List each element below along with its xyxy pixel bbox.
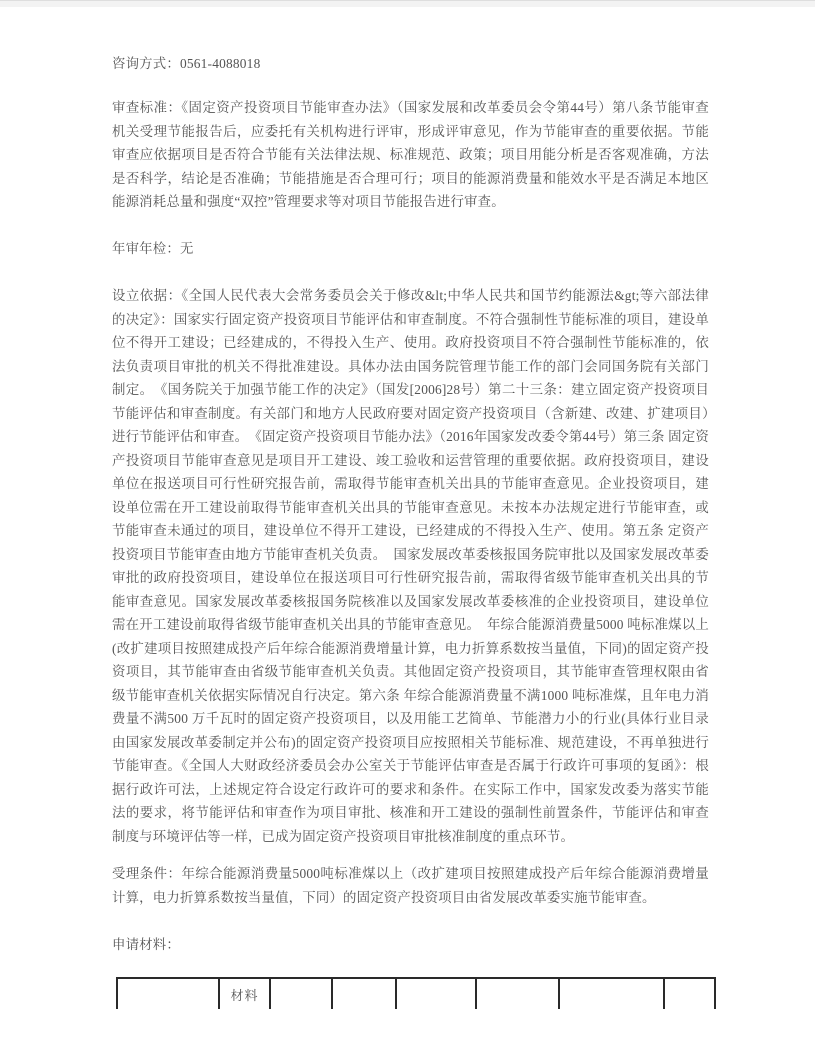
table-cell bbox=[271, 979, 333, 1009]
establishment-basis-label: 设立依据： bbox=[112, 288, 181, 303]
acceptance-conditions-text: 年综合能源消费量5000吨标准煤以上（改扩建项目按照建成投产后年综合能源消费增量… bbox=[112, 866, 709, 905]
review-standard-paragraph: 审查标准：《固定资产投资项目节能审查办法》（国家发展和改革委员会令第44号）第八… bbox=[112, 96, 709, 214]
page-top-edge bbox=[0, 0, 815, 7]
table-cell bbox=[477, 979, 560, 1009]
consultation-method-label: 咨询方式： bbox=[112, 56, 180, 71]
establishment-basis-paragraph: 设立依据：《全国人民代表大会常务委员会关于修改&lt;中华人民共和国节约能源法&… bbox=[112, 284, 709, 848]
consultation-method-line: 咨询方式：0561-4088018 bbox=[112, 52, 709, 76]
table-cell-material: 材料 bbox=[220, 979, 271, 1009]
table-cell bbox=[333, 979, 397, 1009]
application-materials-heading: 申请材料： bbox=[112, 933, 709, 957]
establishment-basis-text: 《全国人民代表大会常务委员会关于修改&lt;中华人民共和国节约能源法&gt;等六… bbox=[112, 288, 709, 844]
document-page: { "page": { "sections": [ { "label": "咨询… bbox=[0, 0, 815, 1055]
annual-inspection-line: 年审年检：无 bbox=[112, 237, 709, 261]
annual-inspection-label: 年审年检： bbox=[112, 241, 180, 256]
application-materials-table: 材料 bbox=[116, 977, 716, 1009]
table-header-row: 材料 bbox=[116, 979, 716, 1009]
acceptance-conditions-label: 受理条件： bbox=[112, 866, 181, 881]
table-cell bbox=[116, 979, 220, 1009]
table-cell bbox=[397, 979, 477, 1009]
annual-inspection-value: 无 bbox=[180, 241, 194, 256]
consultation-phone-number: 0561-4088018 bbox=[180, 56, 261, 71]
review-standard-text: 《固定资产投资项目节能审查办法》（国家发展和改革委员会令第44号）第八条节能审查… bbox=[112, 100, 709, 209]
review-standard-label: 审查标准： bbox=[112, 100, 181, 115]
table-cell bbox=[560, 979, 665, 1009]
application-materials-label: 申请材料： bbox=[112, 937, 180, 952]
table-cell bbox=[665, 979, 716, 1009]
acceptance-conditions-paragraph: 受理条件：年综合能源消费量5000吨标准煤以上（改扩建项目按照建成投产后年综合能… bbox=[112, 862, 709, 909]
